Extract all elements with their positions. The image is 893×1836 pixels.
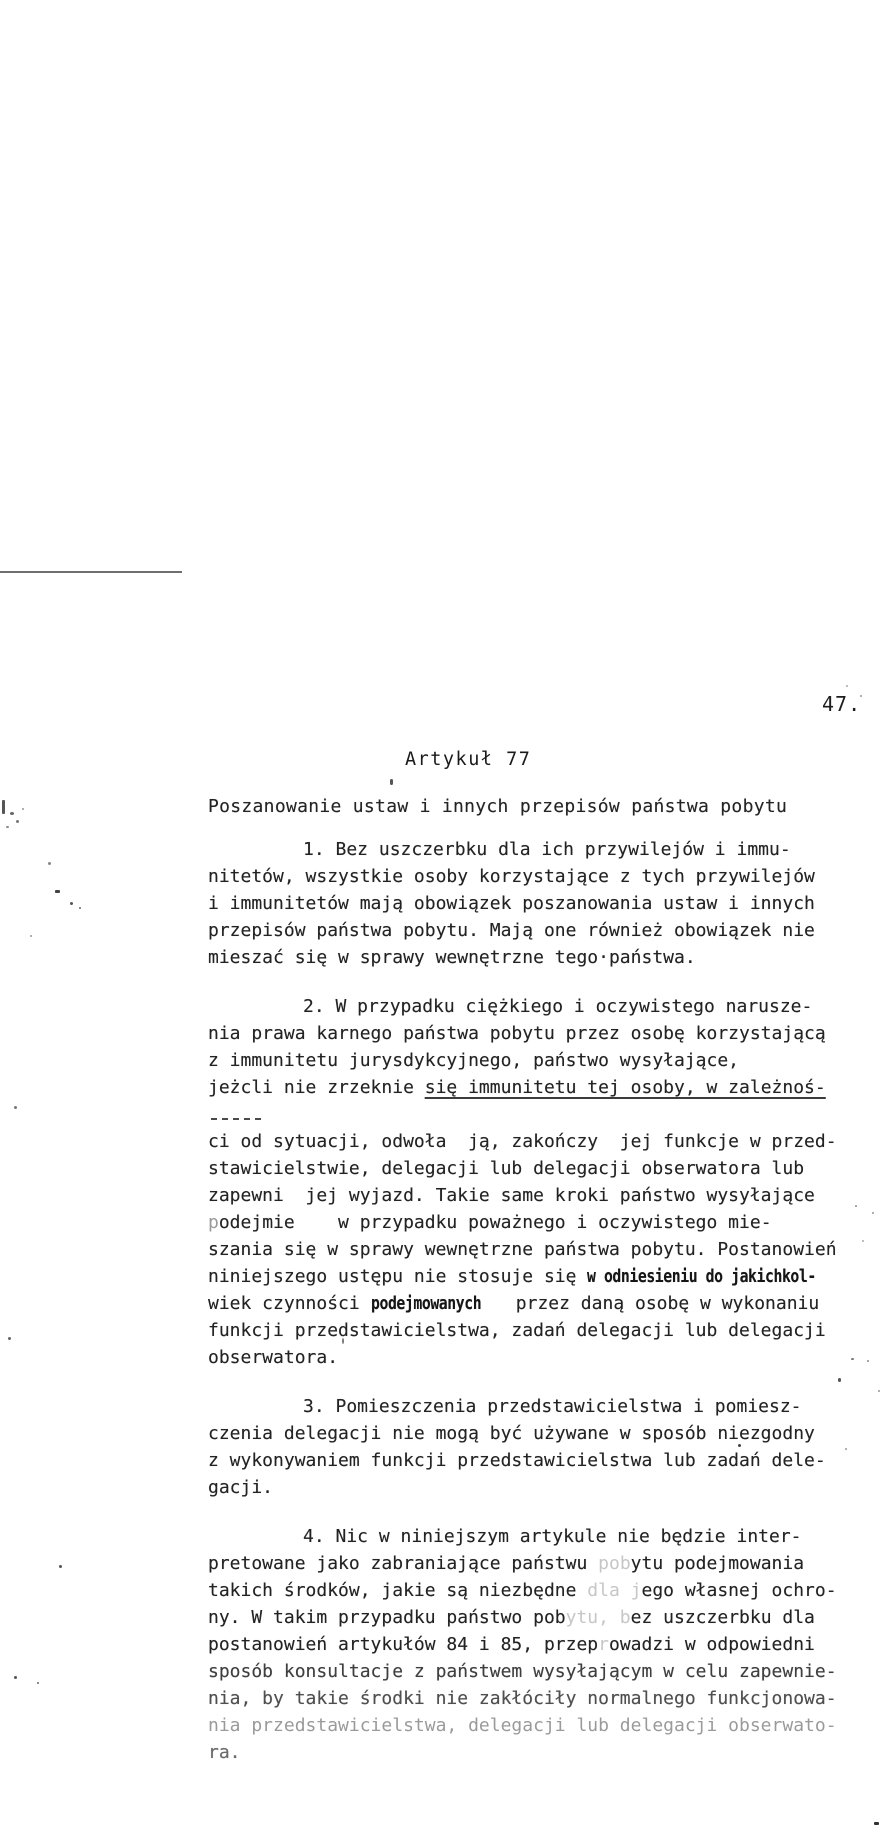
noise-speck <box>14 1676 17 1679</box>
text-segment: ytu podejmowania <box>631 1553 804 1574</box>
noise-speck <box>874 1822 879 1825</box>
text-line: 2. W przypadku ciężkiego i oczywistego n… <box>208 993 878 1020</box>
noise-speck <box>855 1205 857 1207</box>
text-segment: wiek czynności <box>208 1293 371 1314</box>
text-line: 4. Nic w niniejszym artykule nie będzie … <box>208 1523 878 1550</box>
text-segment: jeżcli nie zrzeknie <box>208 1077 425 1098</box>
noise-speck <box>342 1338 344 1344</box>
text-segment: przez daną osobę w wykonaniu <box>505 1293 819 1314</box>
text-line: 3. Pomieszczenia przedstawicielstwa i po… <box>208 1393 878 1420</box>
text-line: obserwatora. <box>208 1344 878 1371</box>
text-segment: ego własnej ochro- <box>641 1580 836 1601</box>
article-title: Artykuł 77 <box>208 746 878 773</box>
faded-text-segment: dla j <box>587 1580 641 1601</box>
text-segment: niniejszego ustępu nie stosuje się <box>208 1266 587 1287</box>
text-line: czenia delegacji nie mogą być używane w … <box>208 1420 878 1447</box>
text-line: stawicielstwie, delegacji lub delegacji … <box>208 1155 878 1182</box>
text-line: 1. Bez uszczerbku dla ich przywilejów i … <box>208 836 878 863</box>
noise-speck <box>14 1106 17 1109</box>
text-segment: odejmie w przypadku poważnego i oczywist… <box>219 1212 772 1233</box>
text-line-mixed-type: wiek czynności podejmowanych przez daną … <box>208 1290 878 1317</box>
noise-speck <box>79 907 81 909</box>
text-line: zapewni jej wyjazd. Takie same kroki pań… <box>208 1182 878 1209</box>
left-margin-rule <box>0 571 182 573</box>
scanned-document-page: 47. Artykuł 77 Poszanowanie ustaw i inny… <box>0 0 893 1836</box>
noise-speck <box>878 1390 880 1392</box>
noise-speck <box>846 685 848 687</box>
noise-speck <box>8 1337 11 1340</box>
noise-speck <box>48 862 51 865</box>
text-line-mixed-type: niniejszego ustępu nie stosuje się w odn… <box>208 1263 878 1290</box>
text-line: nia prawa karnego państwa pobytu przez o… <box>208 1020 878 1047</box>
noise-speck <box>6 826 9 828</box>
noise-speck <box>851 1358 854 1360</box>
noise-speck <box>860 695 862 697</box>
noise-speck <box>10 812 14 815</box>
noise-speck <box>838 1378 841 1382</box>
noise-speck <box>867 1360 869 1362</box>
text-segment: ez uszczerbku dla <box>631 1607 815 1628</box>
text-line-faded-patch: postanowień artykułów 84 i 85, przeprowa… <box>208 1631 878 1658</box>
text-line: z immunitetu jurysdykcyjnego, państwo wy… <box>208 1047 878 1074</box>
text-segment: takich środków, jakie są niezbędne <box>208 1580 587 1601</box>
noise-speck <box>37 1682 39 1684</box>
noise-speck <box>55 890 60 893</box>
noise-speck <box>742 1009 744 1011</box>
text-line: szania się w sprawy wewnętrzne państwa p… <box>208 1236 878 1263</box>
noise-speck <box>390 779 393 785</box>
text-line-faded-patch: pretowane jako zabraniające państwu poby… <box>208 1550 878 1577</box>
faded-text-segment: p <box>208 1212 219 1233</box>
article-subtitle: Poszanowanie ustaw i innych przepisów pa… <box>208 793 878 820</box>
paragraph-4: 4. Nic w niniejszym artykule nie będzie … <box>208 1523 878 1766</box>
noise-speck <box>738 1444 741 1447</box>
condensed-text-segment: w odniesieniu do jakichkol- <box>587 1263 816 1290</box>
noise-speck <box>845 1448 847 1450</box>
text-line: przepisów państwa pobytu. Mają one równi… <box>208 917 878 944</box>
text-line: i immunitetów mają obowiązek poszanowani… <box>208 890 878 917</box>
noise-speck <box>2 800 5 814</box>
noise-speck <box>872 1212 874 1214</box>
paragraph-1: 1. Bez uszczerbku dla ich przywilejów i … <box>208 836 878 971</box>
text-line: mieszać się w sprawy wewnętrzne tego·pań… <box>208 944 878 971</box>
text-line: gacji. <box>208 1474 878 1501</box>
faded-text-segment: r <box>598 1634 609 1655</box>
faded-text-segment: pob <box>598 1553 631 1574</box>
text-line: sposób konsultacje z państwem wysyłający… <box>208 1658 878 1685</box>
noise-speck <box>16 820 19 823</box>
condensed-text-segment: podejmowanych <box>371 1290 481 1317</box>
text-line-underlined: jeżcli nie zrzeknie się immunitetu tej o… <box>208 1074 878 1128</box>
text-segment: postanowień artykułów 84 i 85, przep <box>208 1634 598 1655</box>
text-line-faded-patch: takich środków, jakie są niezbędne dla j… <box>208 1577 878 1604</box>
noise-speck <box>862 1240 864 1242</box>
text-line: nia przedstawicielstwa, delegacji lub de… <box>208 1712 878 1739</box>
text-segment: ny. W takim przypadku państwo pob <box>208 1607 566 1628</box>
text-line: z wykonywaniem funkcji przedstawicielstw… <box>208 1447 878 1474</box>
paragraph-3: 3. Pomieszczenia przedstawicielstwa i po… <box>208 1393 878 1501</box>
underlined-text: się immunitetu tej osoby, w zależnoś- <box>425 1077 826 1098</box>
text-line: nia, by takie środki nie zakłóciły norma… <box>208 1685 878 1712</box>
document-body: Artykuł 77 Poszanowanie ustaw i innych p… <box>208 746 878 1788</box>
text-line-faded-start: podejmie w przypadku poważnego i oczywis… <box>208 1209 878 1236</box>
text-line: nitetów, wszystkie osoby korzystające z … <box>208 863 878 890</box>
page-number: 47. <box>822 692 861 716</box>
noise-speck <box>70 902 73 905</box>
paragraph-2: 2. W przypadku ciężkiego i oczywistego n… <box>208 993 878 1371</box>
text-line: ci od sytuacji, odwoła ją, zakończy jej … <box>208 1128 878 1155</box>
noise-speck <box>59 1565 62 1568</box>
noise-speck <box>30 935 32 937</box>
noise-speck <box>22 808 24 810</box>
text-line-faded-patch: ny. W takim przypadku państwo pobytu, be… <box>208 1604 878 1631</box>
faded-text-segment: ytu, b <box>566 1607 631 1628</box>
text-segment: pretowane jako zabraniające państwu <box>208 1553 598 1574</box>
text-line: ra. <box>208 1739 878 1766</box>
text-line: funkcji przedstawicielstwa, zadań delega… <box>208 1317 878 1344</box>
pencil-underline-extension <box>211 1102 261 1120</box>
text-segment: owadzi w odpowiedni <box>609 1634 815 1655</box>
